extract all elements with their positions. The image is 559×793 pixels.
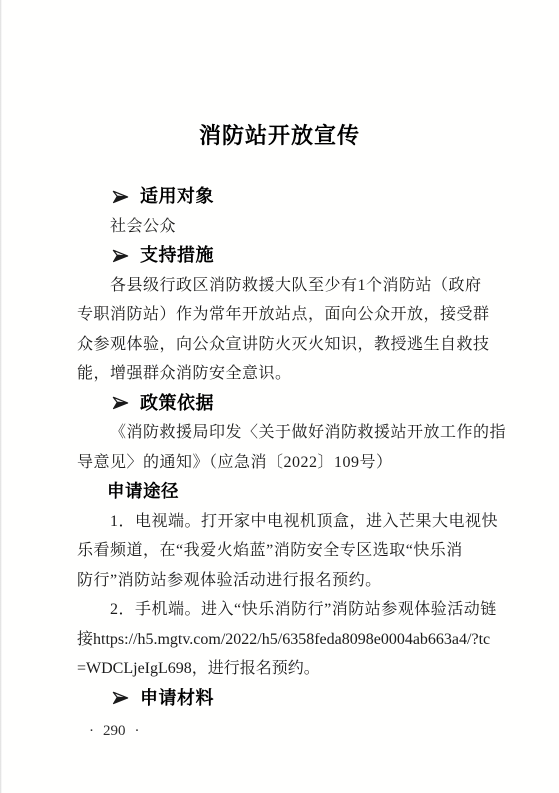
text-line: 能，增强群众消防安全意识。 bbox=[77, 359, 499, 389]
text-line-url: 接https://h5.mgtv.com/2022/h5/6358feda809… bbox=[77, 625, 499, 655]
heading-label: 适用对象 bbox=[140, 182, 214, 212]
arrow-bullet-icon bbox=[112, 249, 129, 263]
paragraph: 各县级行政区消防救援大队至少有1个消防站（政府 专职消防站）作为常年开放站点，面… bbox=[77, 271, 499, 389]
page-content: 适用对象 社会公众 支持措施 各县级行政区消防救援大队至少有1个消防站（政府 专… bbox=[77, 182, 499, 713]
heading-label: 政策依据 bbox=[140, 389, 214, 419]
bullet-heading-application-materials: 申请材料 bbox=[112, 684, 499, 714]
text-line: =WDCLjeIgL698，进行报名预约。 bbox=[77, 654, 499, 684]
paragraph: 《消防救援局印发〈关于做好消防救援站开放工作的指 导意见〉的通知》（应急消〔20… bbox=[77, 418, 499, 477]
text-line: 乐看频道，在“我爱火焰蓝”消防安全专区选取“快乐消 bbox=[77, 536, 499, 566]
text-line: 2．手机端。进入“快乐消防行”消防站参观体验活动链 bbox=[77, 595, 499, 625]
paragraph: 1．电视端。打开家中电视机顶盒，进入芒果大电视快 乐看频道，在“我爱火焰蓝”消防… bbox=[77, 507, 499, 596]
text-line: 防行”消防站参观体验活动进行报名预约。 bbox=[77, 566, 499, 596]
text-line: 各县级行政区消防救援大队至少有1个消防站（政府 bbox=[77, 271, 499, 301]
bullet-heading-applicable-target: 适用对象 bbox=[112, 182, 499, 212]
text-line: 众参观体验，向公众宣讲防火灭火知识，教授逃生自救技 bbox=[77, 330, 499, 360]
heading-label: 申请材料 bbox=[140, 684, 214, 714]
bullet-heading-policy-basis: 政策依据 bbox=[112, 389, 499, 419]
paragraph: 2．手机端。进入“快乐消防行”消防站参观体验活动链 接https://h5.mg… bbox=[77, 595, 499, 684]
page-title: 消防站开放宣传 bbox=[0, 0, 559, 152]
page-footer: · 290 · bbox=[89, 723, 140, 740]
footer-decor-dot: · bbox=[135, 723, 140, 740]
text-line: 专职消防站）作为常年开放站点，面向公众开放，接受群 bbox=[77, 300, 499, 330]
text-line: 1．电视端。打开家中电视机顶盒，进入芒果大电视快 bbox=[77, 507, 499, 537]
footer-page-number: 290 bbox=[103, 723, 126, 740]
text-line: 社会公众 bbox=[77, 212, 499, 242]
document-page: 消防站开放宣传 适用对象 社会公众 支持措施 各县 bbox=[0, 0, 559, 793]
sub-heading-application-channels: 申请途径 bbox=[107, 477, 499, 507]
bullet-heading-support-measures: 支持措施 bbox=[112, 241, 499, 271]
text-line: 《消防救援局印发〈关于做好消防救援站开放工作的指 bbox=[77, 418, 499, 448]
heading-label: 支持措施 bbox=[140, 241, 214, 271]
arrow-bullet-icon bbox=[112, 396, 129, 410]
footer-decor-dot: · bbox=[89, 723, 94, 740]
paragraph: 社会公众 bbox=[77, 212, 499, 242]
arrow-bullet-icon bbox=[112, 691, 129, 705]
text-line: 导意见〉的通知》（应急消〔2022〕109号） bbox=[77, 448, 499, 478]
arrow-bullet-icon bbox=[112, 190, 129, 204]
